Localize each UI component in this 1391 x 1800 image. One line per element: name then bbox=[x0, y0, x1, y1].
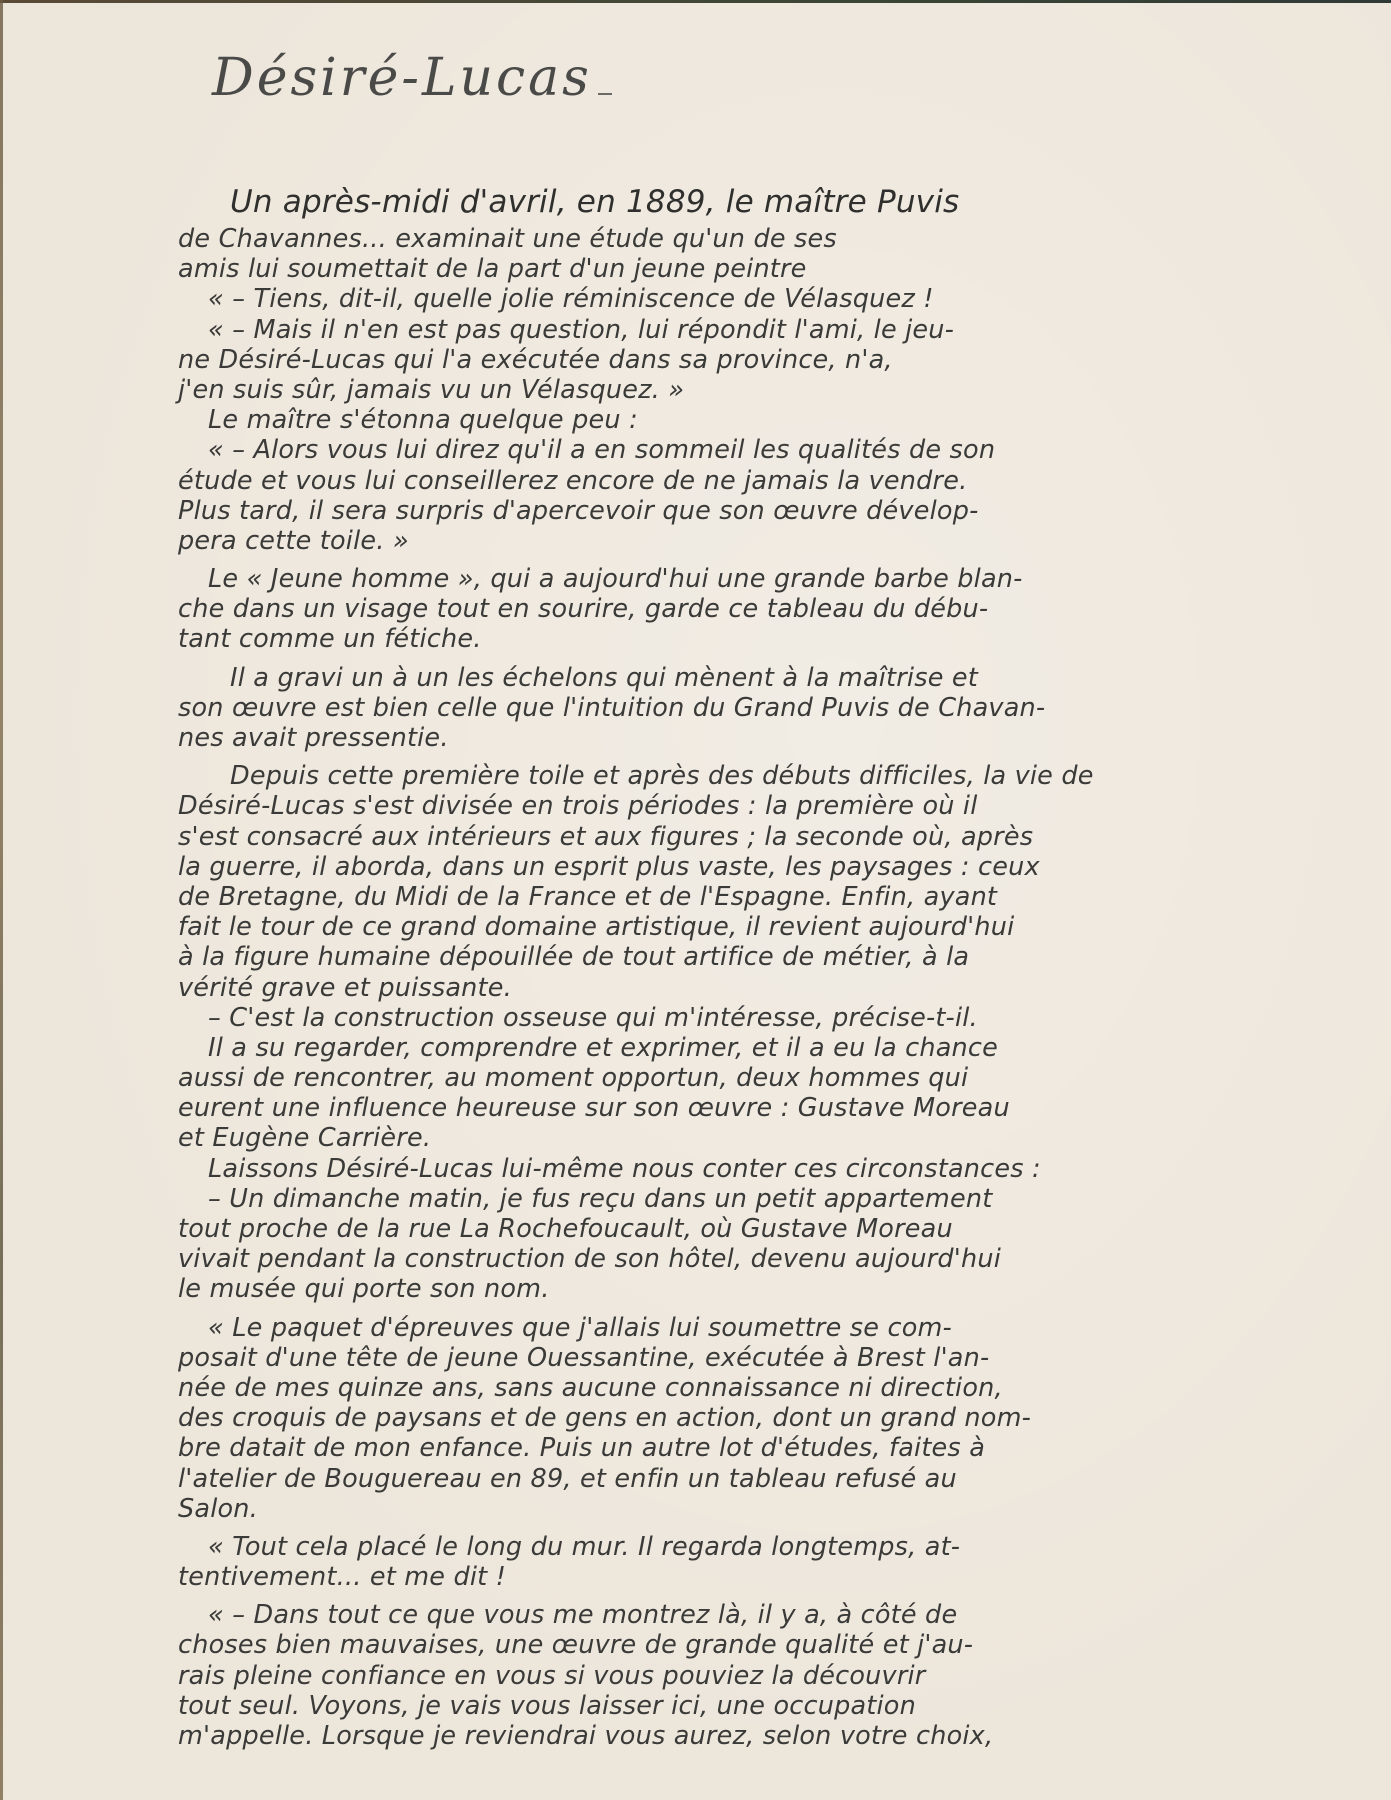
text-line: née de mes quinze ans, sans aucune conna… bbox=[178, 1373, 1273, 1403]
text-line: Plus tard, il sera surpris d'apercevoir … bbox=[178, 496, 1273, 526]
text-line: « – Alors vous lui direz qu'il a en somm… bbox=[178, 435, 1273, 465]
text-line: m'appelle. Lorsque je reviendrai vous au… bbox=[178, 1721, 1273, 1751]
title-underline-dash bbox=[598, 93, 612, 95]
text-line: che dans un visage tout en sourire, gard… bbox=[178, 594, 1273, 624]
text-line: vérité grave et puissante. bbox=[178, 973, 1273, 1003]
text-line: « Le paquet d'épreuves que j'allais lui … bbox=[178, 1313, 1273, 1343]
text-line: de Chavannes... examinait une étude qu'u… bbox=[178, 224, 1273, 254]
text-line: à la figure humaine dépouillée de tout a… bbox=[178, 942, 1273, 972]
manuscript-body: Un après-midi d'avril, en 1889, le maîtr… bbox=[178, 180, 1273, 1751]
text-line: eurent une influence heureuse sur son œu… bbox=[178, 1093, 1273, 1123]
text-line: le musée qui porte son nom. bbox=[178, 1274, 1273, 1304]
text-line: « – Tiens, dit-il, quelle jolie réminisc… bbox=[178, 284, 1273, 314]
text-line: la guerre, il aborda, dans un esprit plu… bbox=[178, 852, 1273, 882]
text-line: tant comme un fétiche. bbox=[178, 624, 1273, 654]
text-line: étude et vous lui conseillerez encore de… bbox=[178, 466, 1273, 496]
text-line: tentivement... et me dit ! bbox=[178, 1562, 1273, 1592]
text-line: Depuis cette première toile et après des… bbox=[178, 761, 1273, 791]
text-line: s'est consacré aux intérieurs et aux fig… bbox=[178, 822, 1273, 852]
text-line: de Bretagne, du Midi de la France et de … bbox=[178, 882, 1273, 912]
text-line: Salon. bbox=[178, 1494, 1273, 1524]
text-line: vivait pendant la construction de son hô… bbox=[178, 1244, 1273, 1274]
text-line: rais pleine confiance en vous si vous po… bbox=[178, 1661, 1273, 1691]
text-line: Le « Jeune homme », qui a aujourd'hui un… bbox=[178, 564, 1273, 594]
text-line: amis lui soumettait de la part d'un jeun… bbox=[178, 254, 1273, 284]
page-top-edge bbox=[0, 0, 1391, 3]
page-title: Désiré-Lucas bbox=[212, 48, 612, 108]
text-line: Désiré-Lucas s'est divisée en trois péri… bbox=[178, 791, 1273, 821]
text-line: ne Désiré-Lucas qui l'a exécutée dans sa… bbox=[178, 345, 1273, 375]
text-line: j'en suis sûr, jamais vu un Vélasquez. » bbox=[178, 375, 1273, 405]
text-line: tout proche de la rue La Rochefoucault, … bbox=[178, 1214, 1273, 1244]
text-line: posait d'une tête de jeune Ouessantine, … bbox=[178, 1343, 1273, 1373]
manuscript-page: Désiré-Lucas Un après-midi d'avril, en 1… bbox=[0, 0, 1391, 1800]
text-line: – Un dimanche matin, je fus reçu dans un… bbox=[178, 1184, 1273, 1214]
text-line: Le maître s'étonna quelque peu : bbox=[178, 405, 1273, 435]
page-left-edge bbox=[0, 0, 3, 1800]
text-line: l'atelier de Bouguereau en 89, et enfin … bbox=[178, 1464, 1273, 1494]
text-line: tout seul. Voyons, je vais vous laisser … bbox=[178, 1691, 1273, 1721]
text-line: Il a su regarder, comprendre et exprimer… bbox=[178, 1033, 1273, 1063]
text-line: Il a gravi un à un les échelons qui mène… bbox=[178, 663, 1273, 693]
title-text: Désiré-Lucas bbox=[212, 48, 592, 108]
text-line: « Tout cela placé le long du mur. Il reg… bbox=[178, 1532, 1273, 1562]
text-line: et Eugène Carrière. bbox=[178, 1123, 1273, 1153]
text-line: Laissons Désiré-Lucas lui-même nous cont… bbox=[178, 1154, 1273, 1184]
text-line: aussi de rencontrer, au moment opportun,… bbox=[178, 1063, 1273, 1093]
text-line: fait le tour de ce grand domaine artisti… bbox=[178, 912, 1273, 942]
text-line: choses bien mauvaises, une œuvre de gran… bbox=[178, 1630, 1273, 1660]
text-line: pera cette toile. » bbox=[178, 526, 1273, 556]
text-line: – C'est la construction osseuse qui m'in… bbox=[178, 1003, 1273, 1033]
text-line: son œuvre est bien celle que l'intuition… bbox=[178, 693, 1273, 723]
text-line: « – Dans tout ce que vous me montrez là,… bbox=[178, 1600, 1273, 1630]
text-line: « – Mais il n'en est pas question, lui r… bbox=[178, 315, 1273, 345]
text-line: Un après-midi d'avril, en 1889, le maîtr… bbox=[178, 180, 1273, 224]
text-line: nes avait pressentie. bbox=[178, 723, 1273, 753]
text-line: bre datait de mon enfance. Puis un autre… bbox=[178, 1433, 1273, 1463]
text-line: des croquis de paysans et de gens en act… bbox=[178, 1403, 1273, 1433]
